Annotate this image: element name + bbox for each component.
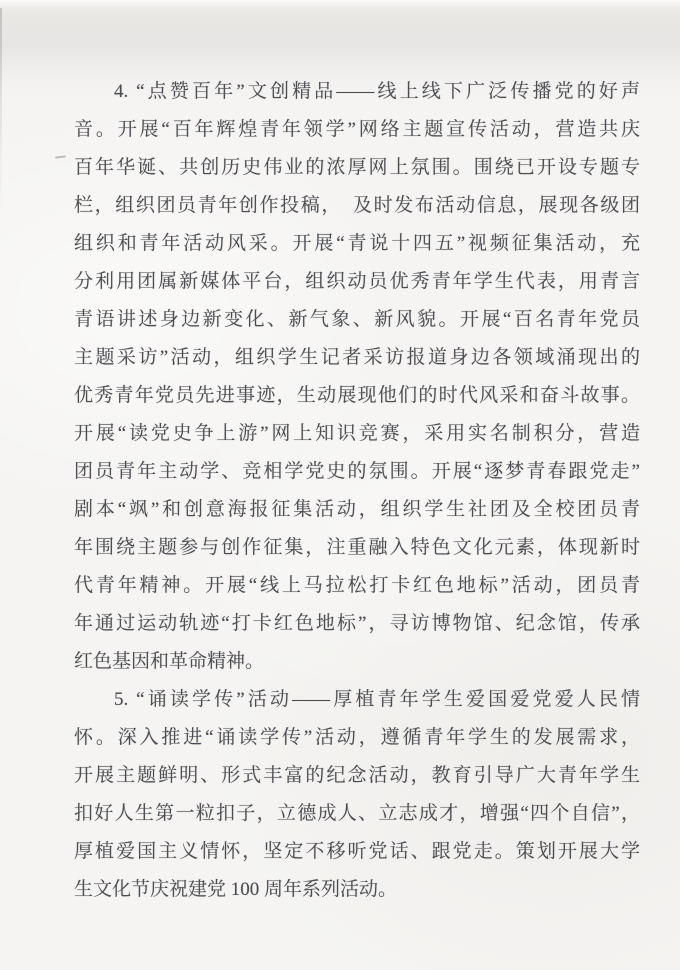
text-line: 年通过运动轨迹“打卡红色地标”，寻访博物馆、纪念馆，传承 <box>74 605 640 643</box>
text-line: 5. “诵读学传”活动——厚植青年学生爱国爱党爱人民情 <box>74 681 640 719</box>
text-line: 开展主题鲜明、形式丰富的纪念活动，教育引导广大青年学生 <box>74 757 640 795</box>
scanned-page: 4. “点赞百年”文创精品——线上线下广泛传播党的好声音。开展“百年辉煌青年领学… <box>0 0 680 970</box>
text-line: 开展“读党史争上游”网上知识竞赛，采用实名制积分，营造 <box>74 415 640 453</box>
text-line: 百年华诞、共创历史伟业的浓厚网上氛围。围绕已开设专题专 <box>74 149 640 187</box>
paragraph-item-4: 4. “点赞百年”文创精品——线上线下广泛传播党的好声音。开展“百年辉煌青年领学… <box>74 73 640 681</box>
document-text: 4. “点赞百年”文创精品——线上线下广泛传播党的好声音。开展“百年辉煌青年领学… <box>74 73 640 909</box>
text-line: 红色基因和革命精神。 <box>74 643 640 681</box>
text-line: 青语讲述身边新变化、新气象、新风貌。开展“百名青年党员 <box>74 301 640 339</box>
text-line: 4. “点赞百年”文创精品——线上线下广泛传播党的好声 <box>74 73 640 111</box>
text-line: 怀。深入推进“诵读学传”活动，遵循青年学生的发展需求， <box>74 719 640 757</box>
text-line: 团员青年主动学、竞相学党史的氛围。开展“逐梦青春跟党走” <box>74 453 640 491</box>
text-line: 厚植爱国主义情怀，坚定不移听党话、跟党走。策划开展大学 <box>74 833 640 871</box>
text-line: 优秀青年党员先进事迹，生动展现他们的时代风采和奋斗故事。 <box>74 377 640 415</box>
text-line: 音。开展“百年辉煌青年领学”网络主题宣传活动，营造共庆 <box>74 111 640 149</box>
paragraph-item-5: 5. “诵读学传”活动——厚植青年学生爱国爱党爱人民情怀。深入推进“诵读学传”活… <box>74 681 640 909</box>
text-line: 主题采访”活动，组织学生记者采访报道身边各领域涌现出的 <box>74 339 640 377</box>
text-line: 年围绕主题参与创作征集，注重融入特色文化元素，体现新时 <box>74 529 640 567</box>
text-line: 栏，组织团员青年创作投稿， 及时发布活动信息，展现各级团 <box>74 187 640 225</box>
text-line: 代青年精神。开展“线上马拉松打卡红色地标”活动，团员青 <box>74 567 640 605</box>
text-line: 生文化节庆祝建党 100 周年系列活动。 <box>74 871 640 909</box>
text-line: 剧本“飒”和创意海报征集活动，组织学生社团及全校团员青 <box>74 491 640 529</box>
scan-speck <box>55 155 66 158</box>
text-line: 组织和青年活动风采。开展“青说十四五”视频征集活动，充 <box>74 225 640 263</box>
text-line: 分利用团属新媒体平台，组织动员优秀青年学生代表，用青言 <box>74 263 640 301</box>
text-line: 扣好人生第一粒扣子，立德成人、立志成才，增强“四个自信”， <box>74 795 640 833</box>
scan-edge-artifact <box>0 8 2 218</box>
